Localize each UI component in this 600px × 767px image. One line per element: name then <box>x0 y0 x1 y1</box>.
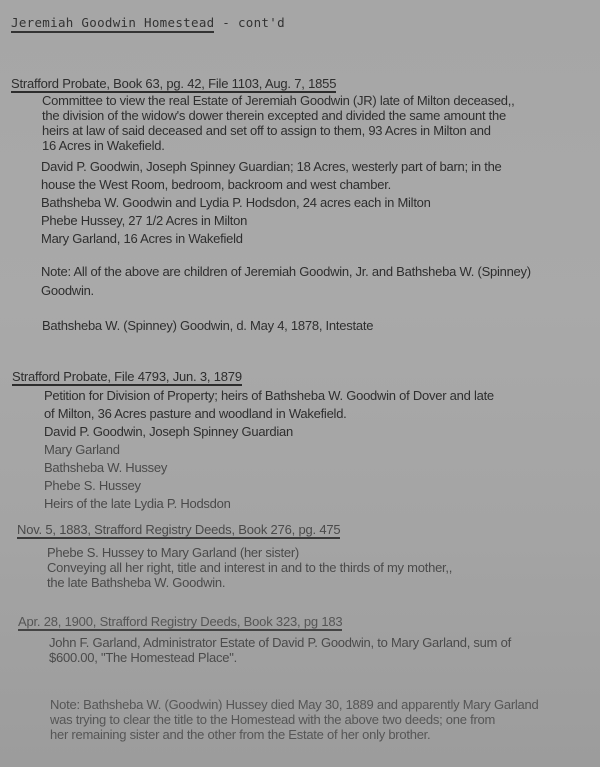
body-line: Mary Garland <box>44 441 494 459</box>
body-line: $600.00, "The Homestead Place". <box>49 650 511 665</box>
allotment-line: Phebe Hussey, 27 1/2 Acres in Milton <box>41 212 502 230</box>
allotment-line: Bathsheba W. Goodwin and Lydia P. Hodsdo… <box>41 194 502 212</box>
body-line: 16 Acres in Wakefield. <box>42 138 515 153</box>
allotment-line: Mary Garland, 16 Acres in Wakefield <box>41 230 502 248</box>
body-line: Conveying all her right, title and inter… <box>47 560 452 575</box>
death-record: Bathsheba W. (Spinney) Goodwin, d. May 4… <box>42 318 373 333</box>
body-line: Committee to view the real Estate of Jer… <box>42 93 515 108</box>
body-line: Heirs of the late Lydia P. Hodsdon <box>44 495 494 513</box>
section-heading: Strafford Probate, Book 63, pg. 42, File… <box>11 76 336 93</box>
allotment-line: house the West Room, bedroom, backroom a… <box>41 176 502 194</box>
section-body: Petition for Division of Property; heirs… <box>44 387 494 513</box>
final-note: Note: Bathsheba W. (Goodwin) Hussey died… <box>50 697 538 742</box>
note-line: her remaining sister and the other from … <box>50 727 538 742</box>
section-heading: Nov. 5, 1883, Strafford Registry Deeds, … <box>17 522 340 539</box>
section-body: Committee to view the real Estate of Jer… <box>42 93 515 153</box>
body-line: of Milton, 36 Acres pasture and woodland… <box>44 405 494 423</box>
section-heading: Strafford Probate, File 4793, Jun. 3, 18… <box>12 369 242 386</box>
allotments-list: David P. Goodwin, Joseph Spinney Guardia… <box>41 158 502 248</box>
body-line: heirs at law of said deceased and set of… <box>42 123 515 138</box>
title-main: Jeremiah Goodwin Homestead <box>11 15 214 33</box>
note-line: Note: Bathsheba W. (Goodwin) Hussey died… <box>50 697 538 712</box>
section-body: John F. Garland, Administrator Estate of… <box>49 635 511 665</box>
body-line: Phebe S. Hussey to Mary Garland (her sis… <box>47 545 452 560</box>
body-line: Phebe S. Hussey <box>44 477 494 495</box>
body-line: John F. Garland, Administrator Estate of… <box>49 635 511 650</box>
body-line: David P. Goodwin, Joseph Spinney Guardia… <box>44 423 494 441</box>
note-line: Note: All of the above are children of J… <box>41 262 531 281</box>
note-line: Goodwin. <box>41 281 531 300</box>
note-line: was trying to clear the title to the Hom… <box>50 712 538 727</box>
section-heading: Apr. 28, 1900, Strafford Registry Deeds,… <box>18 614 342 631</box>
document-page: Jeremiah Goodwin Homestead - cont'd Stra… <box>0 0 600 767</box>
document-title: Jeremiah Goodwin Homestead - cont'd <box>11 15 285 30</box>
children-note: Note: All of the above are children of J… <box>41 262 531 300</box>
body-line: the division of the widow's dower therei… <box>42 108 515 123</box>
body-line: Petition for Division of Property; heirs… <box>44 387 494 405</box>
title-suffix: - cont'd <box>214 15 284 30</box>
allotment-line: David P. Goodwin, Joseph Spinney Guardia… <box>41 158 502 176</box>
body-line: the late Bathsheba W. Goodwin. <box>47 575 452 590</box>
body-line: Bathsheba W. Hussey <box>44 459 494 477</box>
section-body: Phebe S. Hussey to Mary Garland (her sis… <box>47 545 452 590</box>
